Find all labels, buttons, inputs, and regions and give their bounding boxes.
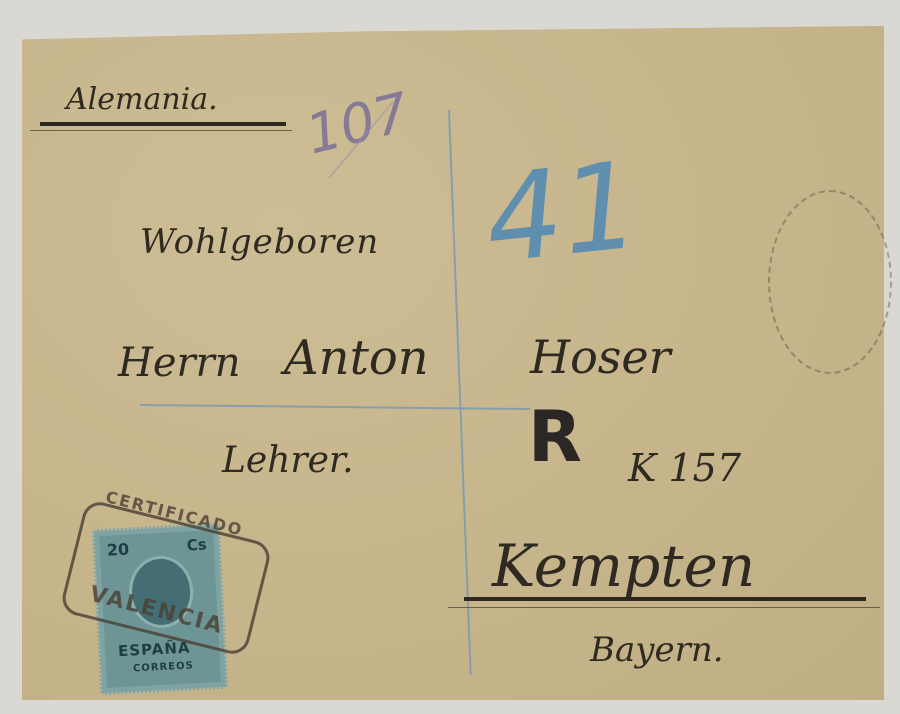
street-number: K 157 bbox=[628, 446, 741, 490]
addressee-title: Herrn bbox=[118, 340, 241, 386]
city-underline bbox=[464, 597, 866, 601]
occupation: Lehrer. bbox=[222, 440, 354, 481]
region: Bayern. bbox=[590, 630, 724, 670]
city-underline-thin bbox=[448, 607, 880, 608]
honorific: Wohlgeboren bbox=[140, 222, 379, 262]
city: Kempten bbox=[492, 532, 755, 600]
country-underline bbox=[40, 122, 286, 126]
country-underline-thin bbox=[30, 130, 292, 131]
addressee-first-name: Anton bbox=[284, 330, 429, 386]
pencil-number-blue: 41 bbox=[479, 136, 645, 290]
destination-country: Alemania. bbox=[66, 82, 218, 117]
registration-mark: R bbox=[528, 396, 582, 478]
stamp-country: ESPAÑA bbox=[118, 638, 191, 660]
addressee-last-name: Hoser bbox=[530, 330, 671, 384]
faint-postmark bbox=[768, 190, 892, 374]
